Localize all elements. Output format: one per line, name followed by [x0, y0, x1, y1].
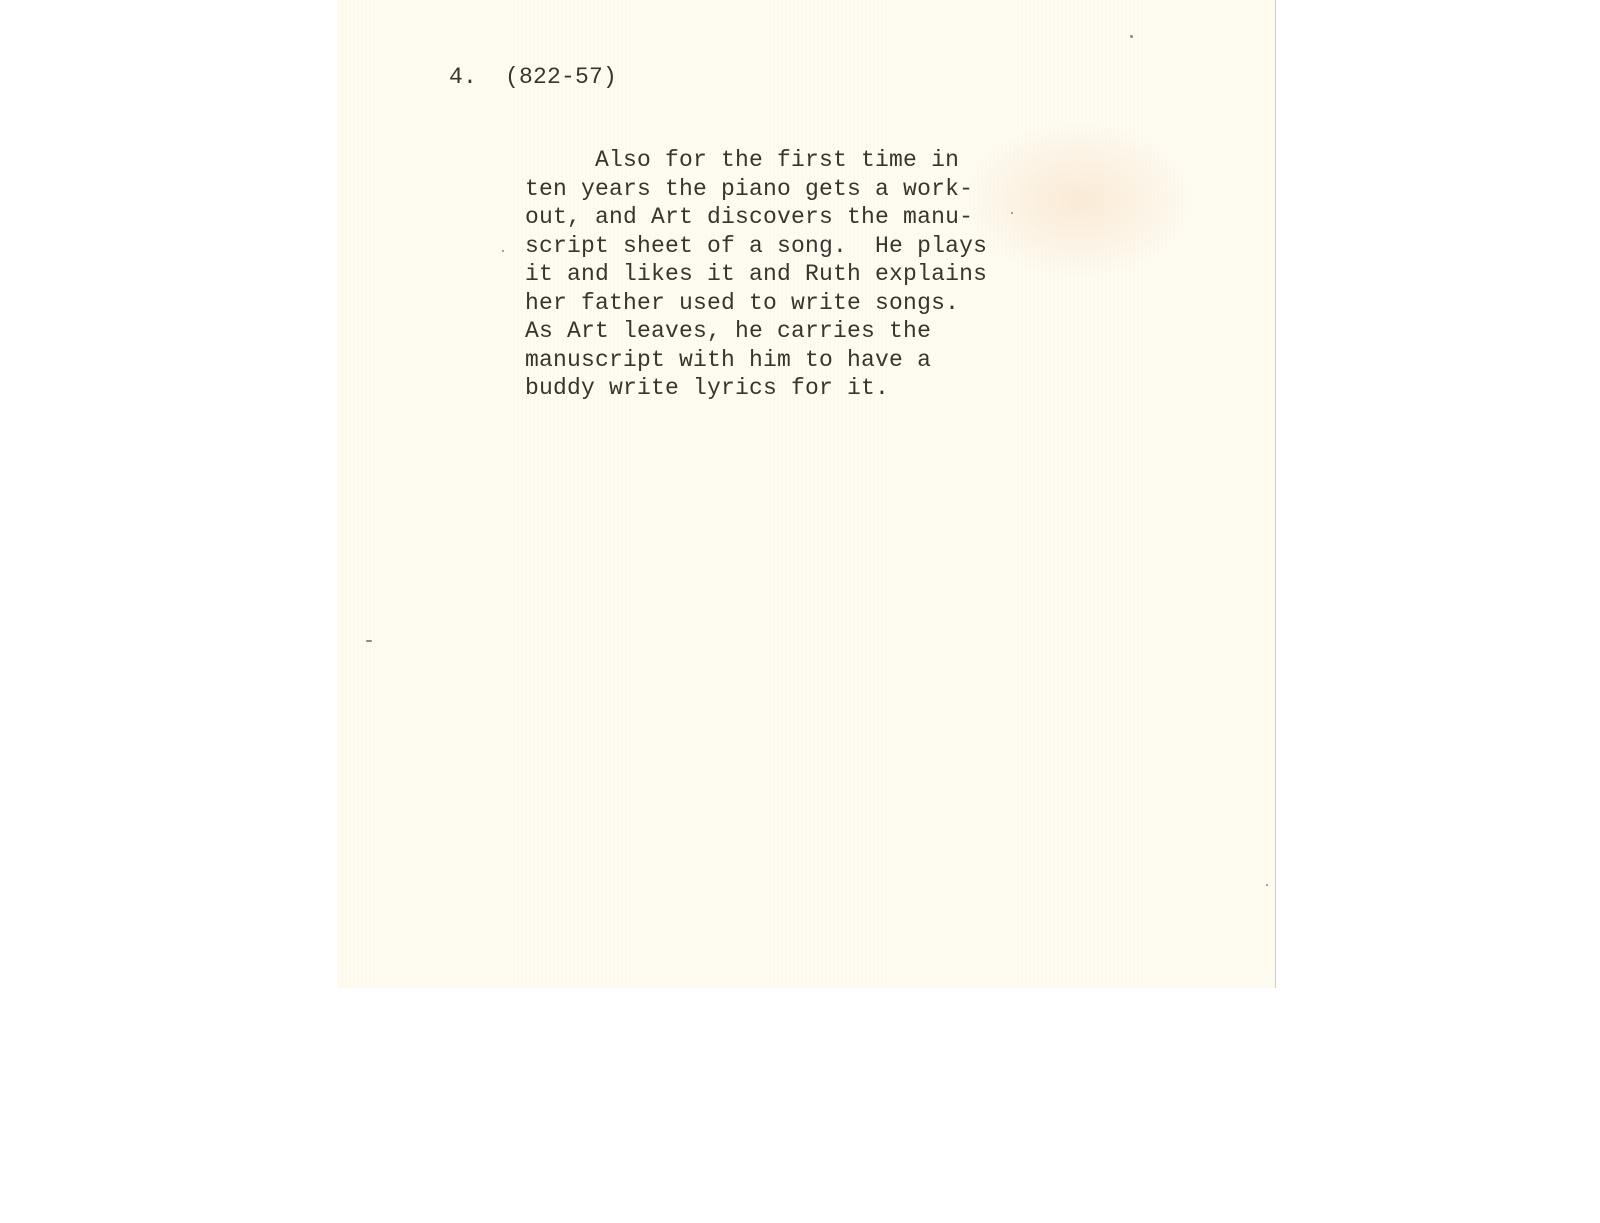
paragraph-line: script sheet of a song. He plays — [525, 232, 987, 261]
paragraph-line: out, and Art discovers the manu- — [525, 203, 987, 232]
paper-speck — [366, 640, 372, 642]
paper-edge — [1275, 0, 1276, 988]
page-number: 4. — [449, 64, 477, 90]
paragraph-line: ten years the piano gets a work- — [525, 175, 987, 204]
paragraph-line: buddy write lyrics for it. — [525, 374, 987, 403]
reference-code: (822-57) — [505, 64, 617, 90]
typed-paragraph: Also for the first time in ten years the… — [525, 146, 987, 403]
paragraph-line: As Art leaves, he carries the — [525, 317, 987, 346]
paper-speck — [1130, 35, 1133, 38]
paper-speck — [1266, 884, 1268, 886]
page-heading: 4. (822-57) — [449, 64, 617, 90]
paper-speck — [1011, 212, 1013, 214]
paragraph-line: manuscript with him to have a — [525, 346, 987, 375]
paragraph-line: it and likes it and Ruth explains — [525, 260, 987, 289]
paper-speck — [502, 250, 504, 252]
paragraph-line: her father used to write songs. — [525, 289, 987, 318]
paragraph-line: Also for the first time in — [525, 146, 987, 175]
